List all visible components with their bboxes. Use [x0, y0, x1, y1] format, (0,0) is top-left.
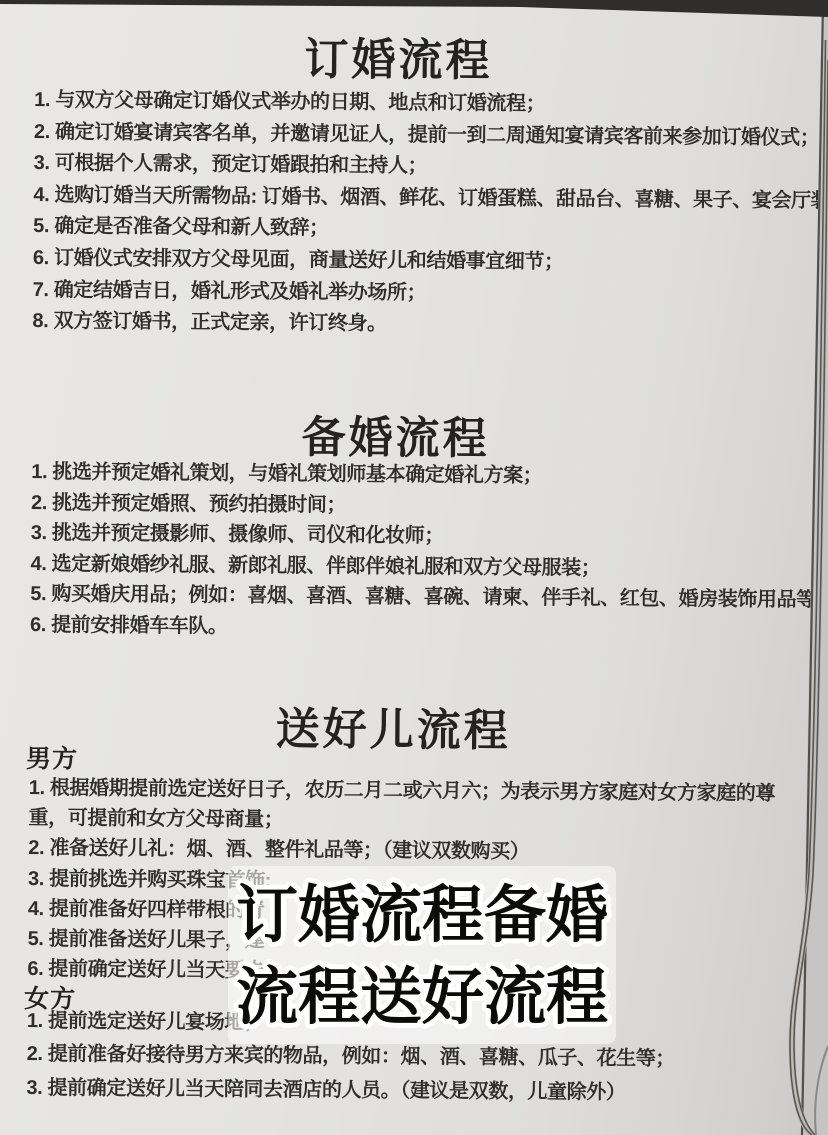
bride-side-steps-list: 1. 提前选定送好儿宴场地； 2. 提前准备好接待男方来宾的物品，例如：烟、酒、… — [26, 1005, 807, 1111]
section-title-songhaoer-process: 送好儿流程 — [0, 691, 789, 761]
list-item: 1. 根据婚期提前选定送好日子，农历二月二或六月六；为表示男方家庭对女方家庭的尊… — [28, 773, 800, 839]
list-item: 6. 提前安排婚车车队。 — [30, 610, 810, 647]
subsection-label-groom-side: 男方 — [26, 739, 78, 775]
groom-side-steps-list: 1. 根据婚期提前选定送好日子，农历二月二或六月六；为表示男方家庭对女方家庭的尊… — [27, 773, 809, 991]
list-item: 3. 提前确定送好儿当天陪同去酒店的人员。（建议是双数，儿童除外） — [26, 1072, 806, 1112]
wedding-prep-steps-list: 1. 挑选并预定婚礼策划，与婚礼策划师基本确定婚礼方案； 2. 挑选并预定婚照、… — [30, 457, 811, 647]
photo-of-document: 订婚流程 1. 与双方父母确定订婚仪式举办的日期、地点和订婚流程； 2. 确定订… — [0, 0, 828, 1135]
document-content: 订婚流程 1. 与双方父母确定订婚仪式举办的日期、地点和订婚流程； 2. 确定订… — [0, 0, 828, 1135]
list-item: 6. 提前确定送好儿当天要去 — [27, 954, 807, 990]
section-title-engagement-process: 订婚流程 — [3, 21, 793, 91]
engagement-steps-list: 1. 与双方父母确定订婚仪式举办的日期、地点和订婚流程； 2. 确定订婚宴请宾客… — [32, 85, 814, 344]
document-page: 订婚流程 1. 与双方父母确定订婚仪式举办的日期、地点和订婚流程； 2. 确定订… — [0, 0, 828, 1135]
list-item: 8. 双方签订婚书，正式定亲，许订终身。 — [32, 306, 812, 344]
